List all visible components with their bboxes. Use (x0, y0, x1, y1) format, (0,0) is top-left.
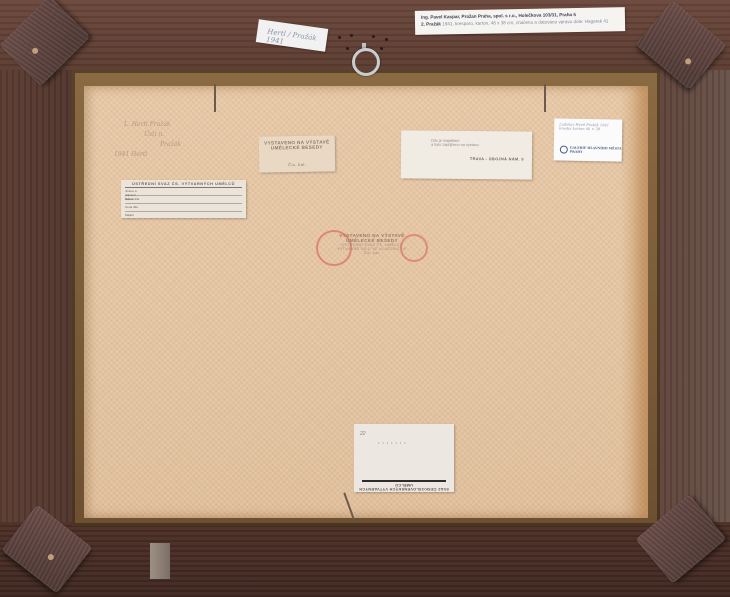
form-row: Jméno a příjmení autora (125, 189, 242, 196)
screw-hole (385, 38, 388, 41)
inscription-line: Pražák (124, 140, 181, 150)
red-stamp-text: VYSTAVENO NA VÝSTAVĚ UMĚLECKÉ BESEDY ÚST… (316, 230, 428, 255)
screw-hole (338, 36, 341, 39)
pencil-inscription: L. Hertl Pražák Ústí n. Pražák 1941 Hert… (124, 120, 181, 160)
red-stamp-label: VYSTAVENO NA VÝSTAVĚ UMĚLECKÉ BESEDY ÚST… (316, 230, 428, 266)
museum-label-details: 1941, kresparo, karton, 46 x 38 cm, znač… (442, 18, 608, 26)
inscription-line: L. Hertl Pražák (124, 120, 181, 130)
nail-hole (47, 553, 55, 561)
registration-dots: • • • • • • • (378, 441, 448, 445)
gallery-name: GALERIE HLAVNÍHO MĚSTA PRAHY (570, 146, 622, 155)
frame-left-rail (0, 70, 80, 530)
red-stamp-footer: Čís. kat. (316, 251, 428, 255)
form-row-label: Název díla (125, 197, 143, 201)
inverted-society-name: SVAZ ČESKOSLOVENSKÝCH VÝTVARNÝCH UMĚLCŮ (358, 483, 450, 491)
form-row: Název díla (125, 197, 242, 204)
gallery-logo-icon (560, 146, 568, 154)
form-row: Majitel (125, 213, 242, 218)
museum-label-title: 2. Pražák (421, 21, 441, 26)
screw-hole (380, 47, 383, 50)
screw-hole (346, 47, 349, 50)
gallery-inventory-label: Ladislav Hertl Pražák 1941 kresba karton… (554, 118, 623, 161)
black-rule (362, 480, 446, 482)
screw-hole (372, 35, 375, 38)
inscription-line: Ústí n. (124, 130, 181, 140)
registration-number: 22 (360, 431, 448, 437)
nail-hole (31, 47, 39, 55)
loan-label-line2: a bylo zapůjčeno na výstavu (431, 143, 524, 148)
exhibition-label-line2: UMĚLECKÉ BESEDY (259, 144, 335, 150)
form-row-label: Majitel (125, 213, 143, 217)
hanging-ring-icon (352, 48, 380, 76)
exhibition-label-footer: Čís. kat. (259, 161, 335, 167)
nail (214, 84, 216, 112)
form-row-label: Cena díla (125, 205, 143, 209)
society-form-label: ÚSTŘEDNÍ SVAZ ČS. VÝTVARNÝCH UMĚLCŮ Jmén… (121, 180, 246, 218)
backing-board-stain (620, 86, 648, 518)
frame-bottom-rail (0, 522, 730, 597)
nail (544, 84, 546, 112)
inventory-handwritten-text: Ladislav Hertl Pražák 1941 kresba karton… (559, 122, 617, 131)
screw-hole (350, 34, 353, 37)
nail-hole (684, 57, 692, 65)
frame-repair-patch (150, 543, 170, 579)
exhibition-label: VYSTAVENO NA VÝSTAVĚ UMĚLECKÉ BESEDY Čís… (259, 135, 336, 172)
form-row: Cena díla (125, 205, 242, 212)
loan-label: Dílo je majetkem a bylo zapůjčeno na výs… (401, 130, 532, 179)
painting-back-photo: Ing. Pavel Kaspar, Pražan Praha, spol. s… (0, 0, 730, 597)
bottom-registration-label: 22 • • • • • • • SVAZ ČESKOSLOVENSKÝCH V… (354, 424, 454, 492)
society-label-header: ÚSTŘEDNÍ SVAZ ČS. VÝTVARNÝCH UMĚLCŮ (125, 182, 242, 188)
loan-label-address: TRAVA - ÚBOJNÁ NÁM. 5 (431, 157, 524, 162)
frame-right-rail (652, 70, 730, 530)
inscription-line: 1941 Hertl (114, 150, 181, 160)
museum-label: Ing. Pavel Kaspar, Pražan Praha, spol. s… (415, 7, 625, 35)
